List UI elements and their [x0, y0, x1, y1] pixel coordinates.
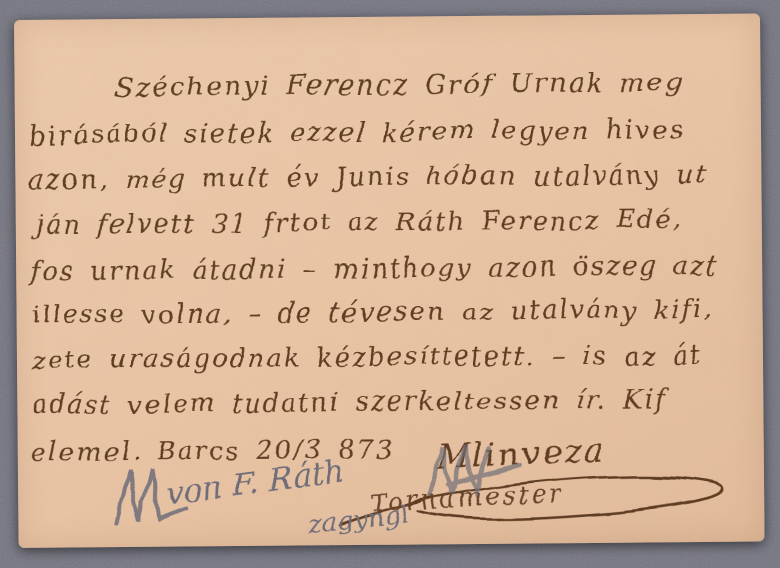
handwriting-line-5: fos urnak átadni – minthogy azon öszeg a… [28, 251, 719, 287]
handwriting-line-3: azon, még mult év Junis hóban utalvány u… [29, 160, 708, 196]
handwriting-line-4: ján felvett 31 frtot az Ráth Ferencz Edé… [31, 205, 684, 241]
handwriting-line-6: illesse volna, – de tévesen az utalvány … [30, 295, 713, 331]
handwriting-layer: Széchenyi Ferencz Gróf Urnak meg birásáb… [14, 13, 765, 547]
handwriting-line-8: adást velem tudatni szerkeltessen ír. Ki… [31, 385, 669, 421]
handwriting-line-2: birásából sietek ezzel kérem legyen hive… [29, 115, 684, 151]
postcard-card: Széchenyi Ferencz Gróf Urnak meg birásáb… [14, 13, 765, 547]
photo-of-postcard: Széchenyi Ferencz Gróf Urnak meg birásáb… [0, 0, 780, 568]
handwriting-line-1: Széchenyi Ferencz Gróf Urnak meg [114, 67, 685, 103]
handwriting-line-7: zete uraságodnak kézbesíttetett. – is az… [30, 340, 702, 376]
